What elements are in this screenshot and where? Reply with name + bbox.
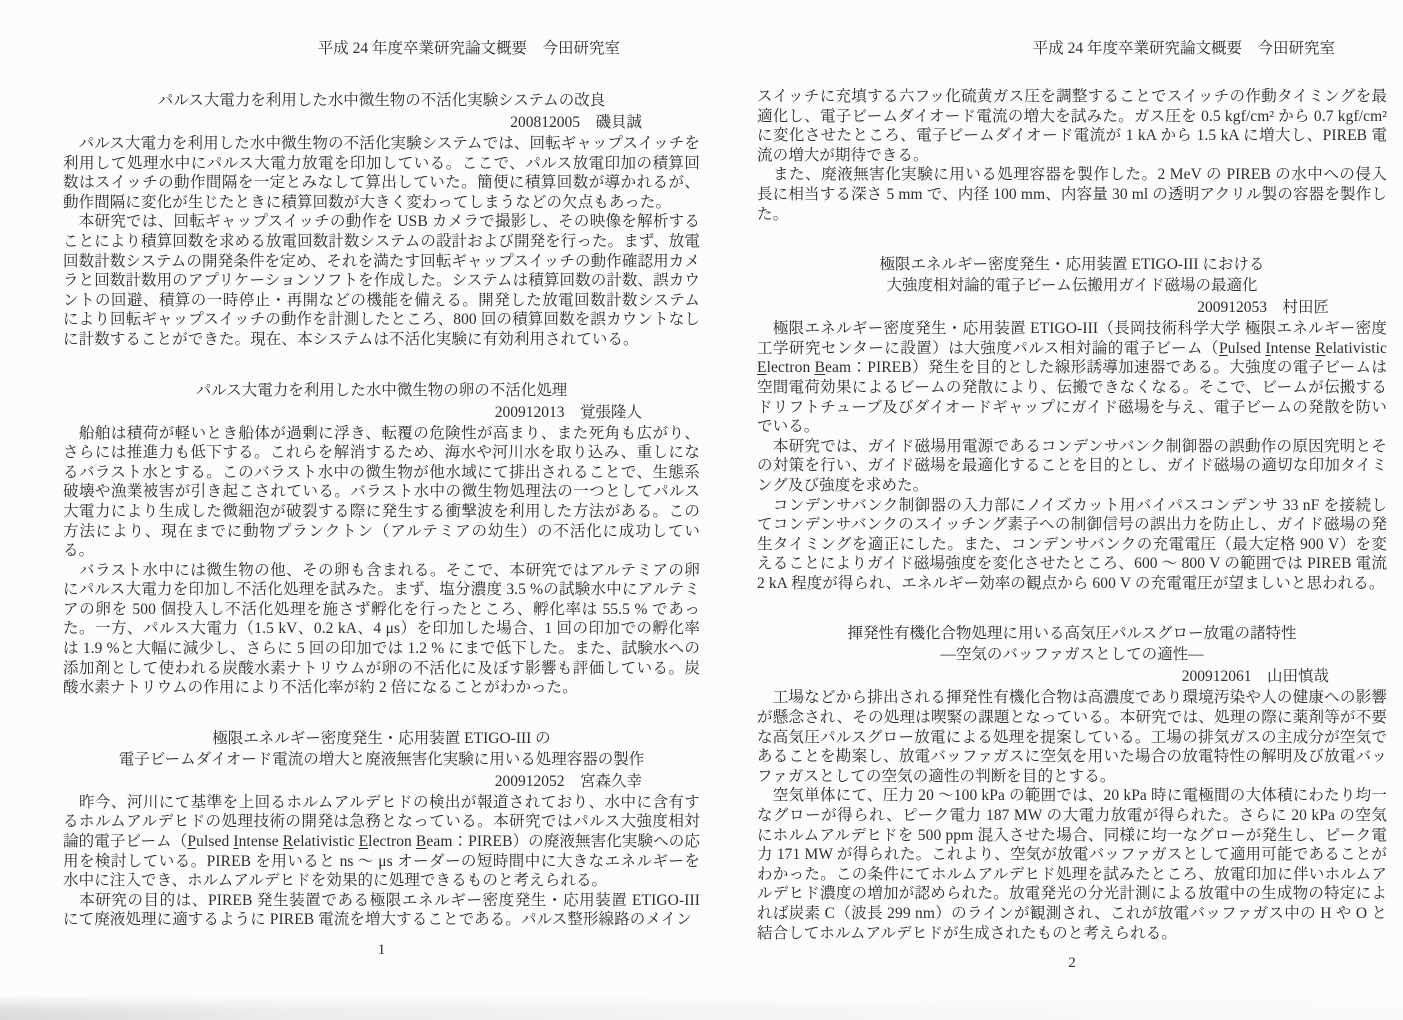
author-name: 磯貝誠 bbox=[595, 114, 642, 131]
author-line: 200912061山田慎哉 bbox=[757, 666, 1387, 687]
text-segment: elativistic bbox=[1326, 340, 1387, 357]
section-title-line: 極限エネルギー密度発生・応用装置 ETIGO-III の bbox=[63, 728, 700, 749]
page-2-content: スイッチに充填する六フッ化硫黄ガス圧を調整することでスイッチの作動タイミングを最… bbox=[757, 87, 1387, 943]
paragraph: 極限エネルギー密度発生・応用装置 ETIGO-III（長岡技術科学大学 極限エネ… bbox=[757, 319, 1387, 437]
page-1-content: パルス大電力を利用した水中微生物の不活化実験システムの改良200812005磯貝… bbox=[63, 90, 700, 930]
running-header: 平成 24 年度卒業研究論文概要 今田研究室 bbox=[757, 38, 1387, 60]
paragraph: 船舶は積荷が軽いとき船体が過剰に浮き、転覆の危険性が高まり、また死角も広がり、さ… bbox=[63, 424, 700, 561]
section-title-line: 揮発性有機化合物処理に用いる高気圧パルスグロー放電の諸特性 bbox=[757, 623, 1387, 644]
paragraph: 工場などから排出される揮発性有機化合物は高濃度であり環境汚染や人の健康への影響が… bbox=[757, 688, 1387, 786]
author-line: 200812005磯貝誠 bbox=[63, 112, 700, 133]
paragraph: 本研究の目的は、PIREB 発生装置である極限エネルギー密度発生・応用装置 ET… bbox=[63, 891, 700, 930]
text-segment: ulsed bbox=[1228, 340, 1266, 357]
section-title: パルス大電力を利用した水中微生物の卵の不活化処理 bbox=[63, 380, 700, 401]
underlined-text: B bbox=[416, 833, 426, 850]
author-name: 山田慎哉 bbox=[1267, 668, 1329, 685]
student-id: 200912053 bbox=[1197, 299, 1267, 316]
paragraph: スイッチに充填する六フッ化硫黄ガス圧を調整することでスイッチの作動タイミングを最… bbox=[757, 87, 1387, 165]
text-segment: lectron bbox=[767, 359, 815, 376]
running-header: 平成 24 年度卒業研究論文概要 今田研究室 bbox=[63, 38, 700, 60]
author-name: 宮森久幸 bbox=[580, 773, 642, 790]
section-title-line: パルス大電力を利用した水中微生物の卵の不活化処理 bbox=[63, 380, 700, 401]
underlined-text: P bbox=[187, 833, 196, 850]
underlined-text: E bbox=[757, 359, 767, 376]
text-segment: ulsed bbox=[196, 833, 233, 850]
paragraph: コンデンサバンク制御器の入力部にノイズカット用バイパスコンデンサ 33 nF を… bbox=[757, 496, 1387, 594]
section-title-line: 大強度相対論的電子ビーム伝搬用ガイド磁場の最適化 bbox=[757, 275, 1387, 296]
section-title: 極限エネルギー密度発生・応用装置 ETIGO-III における大強度相対論的電子… bbox=[757, 254, 1387, 296]
text-segment: ntense bbox=[239, 833, 283, 850]
text-segment: eam：PIREB）発生を目的とした線形誘導加速器である。大強度の電子ビームは空… bbox=[757, 359, 1387, 435]
section-title-line: パルス大電力を利用した水中微生物の不活化実験システムの改良 bbox=[63, 90, 700, 111]
author-line: 200912053村田匠 bbox=[757, 297, 1387, 318]
student-id: 200912061 bbox=[1182, 668, 1252, 685]
section-title-line: 極限エネルギー密度発生・応用装置 ETIGO-III における bbox=[757, 254, 1387, 275]
author-name: 覚張隆人 bbox=[580, 404, 642, 421]
author-name: 村田匠 bbox=[1282, 299, 1329, 316]
page-number: 2 bbox=[757, 955, 1387, 972]
underlined-text: B bbox=[815, 359, 825, 376]
paragraph: 空気単体にて、圧力 20 ～100 kPa の範囲では、20 kPa 時に電極間… bbox=[757, 786, 1387, 943]
student-id: 200912052 bbox=[495, 773, 565, 790]
section-title-line: 電子ビームダイオード電流の増大と廃液無害化実験に用いる処理容器の製作 bbox=[63, 749, 700, 770]
student-id: 200812005 bbox=[510, 114, 580, 131]
scan-edge-shadow bbox=[0, 996, 1403, 1020]
page-2: 平成 24 年度卒業研究論文概要 今田研究室 スイッチに充填する六フッ化硫黄ガス… bbox=[757, 38, 1387, 972]
author-line: 200912013覚張隆人 bbox=[63, 402, 700, 423]
paragraph: 本研究では、回転ギャップスイッチの動作を USB カメラで撮影し、その映像を解析… bbox=[63, 212, 700, 349]
paragraph: 本研究では、ガイド磁場用電源であるコンデンサバンク制御器の誤動作の原因究明とその… bbox=[757, 437, 1387, 496]
page-number: 1 bbox=[63, 942, 700, 959]
section-title: 極限エネルギー密度発生・応用装置 ETIGO-III の電子ビームダイオード電流… bbox=[63, 728, 700, 770]
page-1: 平成 24 年度卒業研究論文概要 今田研究室 パルス大電力を利用した水中微生物の… bbox=[63, 38, 700, 959]
paragraph: バラスト水中には微生物の他、その卵も含まれる。そこで、本研究ではアルテミアの卵に… bbox=[63, 561, 700, 698]
text-segment: ntense bbox=[1271, 340, 1316, 357]
section-title: パルス大電力を利用した水中微生物の不活化実験システムの改良 bbox=[63, 90, 700, 111]
paragraph: 昨今、河川にて基準を上回るホルムアルデヒドの検出が報道されており、水中に含有する… bbox=[63, 793, 700, 891]
underlined-text: R bbox=[283, 833, 293, 850]
text-segment: elativistic bbox=[293, 833, 358, 850]
underlined-text: E bbox=[359, 833, 369, 850]
author-line: 200912052宮森久幸 bbox=[63, 771, 700, 792]
text-segment: lectron bbox=[368, 833, 416, 850]
section-title: 揮発性有機化合物処理に用いる高気圧パルスグロー放電の諸特性―空気のバッファガスと… bbox=[757, 623, 1387, 665]
underlined-text: R bbox=[1315, 340, 1325, 357]
underlined-text: P bbox=[1219, 340, 1228, 357]
paragraph: また、廃液無害化実験に用いる処理容器を製作した。2 MeV の PIREB の水… bbox=[757, 165, 1387, 224]
section-title-line: ―空気のバッファガスとしての適性― bbox=[757, 644, 1387, 665]
paragraph: パルス大電力を利用した水中微生物の不活化実験システムでは、回転ギャップスイッチを… bbox=[63, 134, 700, 212]
student-id: 200912013 bbox=[495, 404, 565, 421]
